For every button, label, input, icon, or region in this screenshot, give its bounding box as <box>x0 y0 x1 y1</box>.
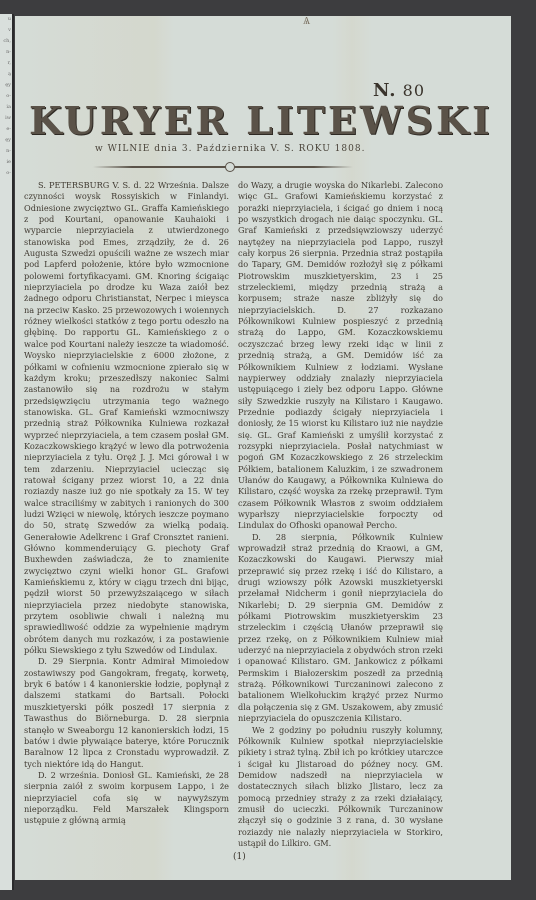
margin-fragment: ęy <box>0 80 12 91</box>
margin-fragment: o- <box>0 168 12 179</box>
margin-fragment: ch, <box>0 36 12 47</box>
margin-fragment: v <box>0 25 12 36</box>
margin-fragment: ia <box>0 102 12 113</box>
margin-fragment: iw <box>0 113 12 124</box>
article-paragraph: D. 2 września. Doniosł GL. Kamieński, że… <box>24 770 229 827</box>
margin-fragment: ą <box>0 69 12 80</box>
article-paragraph: do Wazy, a drugie woyska do Nikarlebi. Z… <box>238 180 443 532</box>
ornamental-divider <box>93 166 353 168</box>
article-paragraph: S. PETERSBURG V. S. d. 22 Września. Dals… <box>24 180 229 656</box>
column-left: S. PETERSBURG V. S. d. 22 Września. Dals… <box>24 180 229 827</box>
article-paragraph: D. 29 Sierpnia. Kontr Admirał Mimoiedow … <box>24 656 229 769</box>
margin-fragment: n- <box>0 47 12 58</box>
page-number: (1) <box>233 852 246 862</box>
margin-fragment: u <box>0 14 12 25</box>
divider-ornament-icon <box>225 162 235 172</box>
margin-fragment: r, <box>0 58 12 69</box>
article-paragraph: We 2 godziny po południu ruszyły kolumny… <box>238 725 443 850</box>
margin-fragment: ie <box>0 157 12 168</box>
column-right: do Wazy, a drugie woyska do Nikarlebi. Z… <box>238 180 443 849</box>
masthead-title: KURYER LITEWSKI <box>29 98 439 143</box>
dateline: w WILNIE dnia 3. Paździer­nika V. S. ROK… <box>95 144 365 154</box>
newspaper-page: Ѧ N. 80 KURYER LITEWSKI w WILNIE dnia 3.… <box>15 16 511 880</box>
ink-mark-icon: Ѧ <box>303 16 310 27</box>
article-paragraph: D. 28 sierpnia, Półkownik Kulniew wprowa… <box>238 532 443 725</box>
adjacent-page-edge: u v ch, n- r, ą ęy o- ia iw e- ęy n- ie … <box>0 14 14 890</box>
margin-fragment: e- <box>0 124 12 135</box>
margin-fragment: o- <box>0 91 12 102</box>
margin-fragment: ęy <box>0 135 12 146</box>
margin-fragment: n- <box>0 146 12 157</box>
